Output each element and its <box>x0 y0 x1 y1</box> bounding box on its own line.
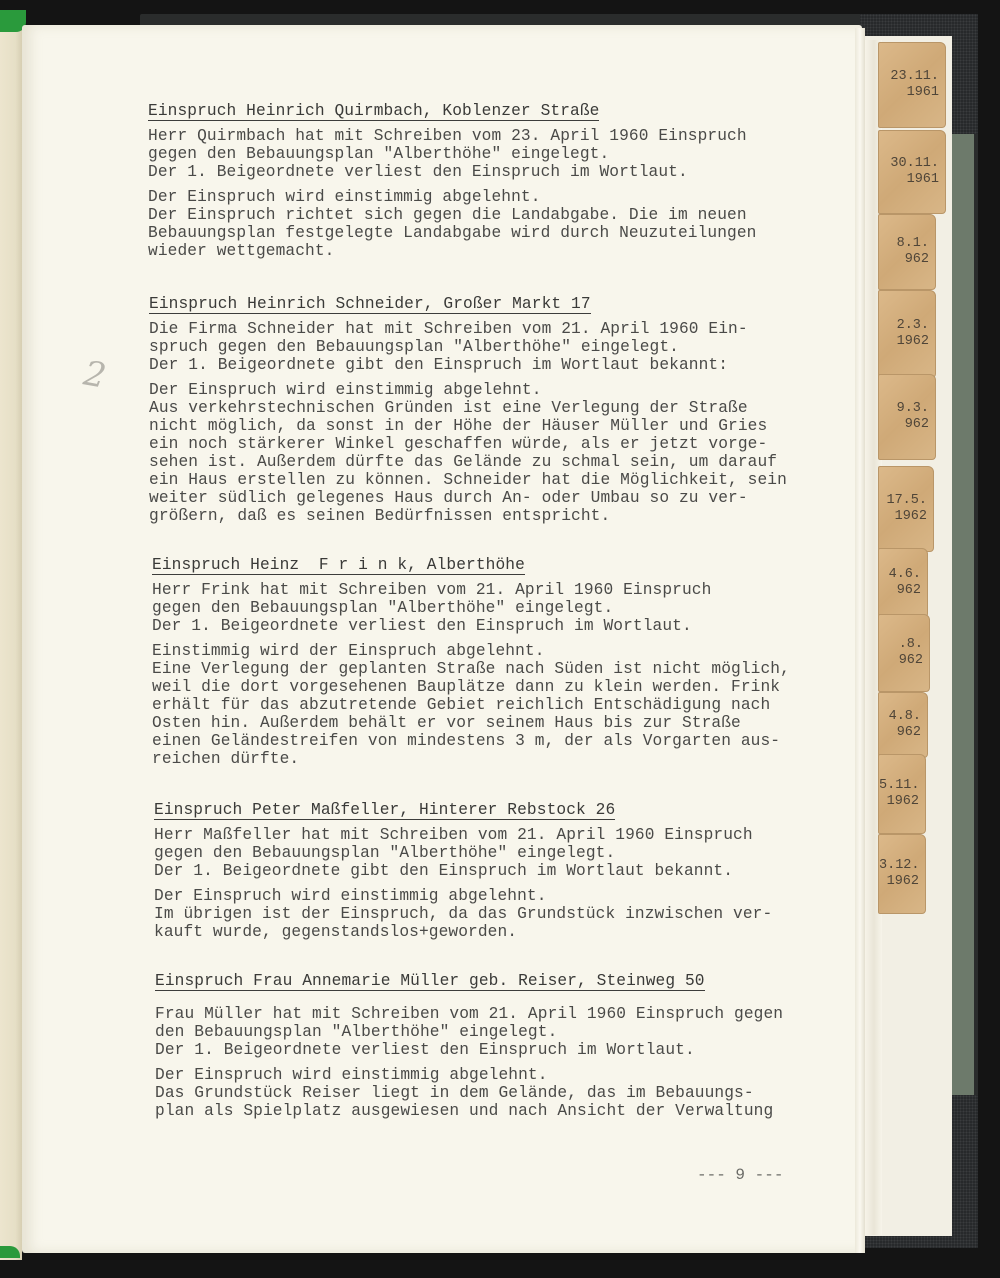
objection-entry: Einspruch Heinrich Quirmbach, Koblenzer … <box>148 102 848 260</box>
entry-title: Einspruch Heinz F r i n k, Alberthöhe <box>152 556 525 575</box>
index-tab[interactable]: 4.6. 962 <box>878 548 928 618</box>
index-tab[interactable]: 2.3. 1962 <box>878 290 936 378</box>
entry-paragraph: Frau Müller hat mit Schreiben vom 21. Ap… <box>155 1005 855 1059</box>
entry-paragraph: Der Einspruch wird einstimmig abgelehnt.… <box>149 381 849 525</box>
objection-entry: Einspruch Heinz F r i n k, Alberthöhe He… <box>152 556 852 768</box>
entry-paragraph: Der Einspruch wird einstimmig abgelehnt.… <box>155 1066 855 1120</box>
index-tab[interactable]: 5.11. 1962 <box>878 754 926 834</box>
page-number: --- 9 --- <box>697 1166 783 1184</box>
objection-entry: Einspruch Frau Annemarie Müller geb. Rei… <box>155 972 855 1120</box>
entry-title: Einspruch Peter Maßfeller, Hinterer Rebs… <box>154 801 615 820</box>
entry-paragraph: Der Einspruch wird einstimmig abgelehnt.… <box>148 188 848 260</box>
objection-entry: Einspruch Peter Maßfeller, Hinterer Rebs… <box>154 801 854 941</box>
entry-paragraph: Herr Quirmbach hat mit Schreiben vom 23.… <box>148 127 848 181</box>
entry-paragraph: Die Firma Schneider hat mit Schreiben vo… <box>149 320 849 374</box>
entry-title: Einspruch Heinrich Quirmbach, Koblenzer … <box>148 102 599 121</box>
entry-title: Einspruch Frau Annemarie Müller geb. Rei… <box>155 972 705 991</box>
index-tab[interactable]: 23.11. 1961 <box>878 42 946 128</box>
index-tab[interactable]: 30.11. 1961 <box>878 130 946 214</box>
index-tab[interactable]: 4.8. 962 <box>878 692 928 758</box>
entry-paragraph: Herr Frink hat mit Schreiben vom 21. Apr… <box>152 581 852 635</box>
entry-paragraph: Herr Maßfeller hat mit Schreiben vom 21.… <box>154 826 854 880</box>
index-tab[interactable]: 3.12. 1962 <box>878 834 926 914</box>
index-tab[interactable]: .8. 962 <box>878 614 930 692</box>
index-tab[interactable]: 17.5. 1962 <box>878 466 934 552</box>
left-page-edge <box>0 30 22 1260</box>
objection-entry: Einspruch Heinrich Schneider, Großer Mar… <box>149 295 849 525</box>
index-tab[interactable]: 8.1. 962 <box>878 214 936 290</box>
page-edge <box>855 28 865 1253</box>
entry-title: Einspruch Heinrich Schneider, Großer Mar… <box>149 295 591 314</box>
entry-paragraph: Einstimmig wird der Einspruch abgelehnt.… <box>152 642 852 768</box>
index-tab[interactable]: 9.3. 962 <box>878 374 936 460</box>
entry-paragraph: Der Einspruch wird einstimmig abgelehnt.… <box>154 887 854 941</box>
